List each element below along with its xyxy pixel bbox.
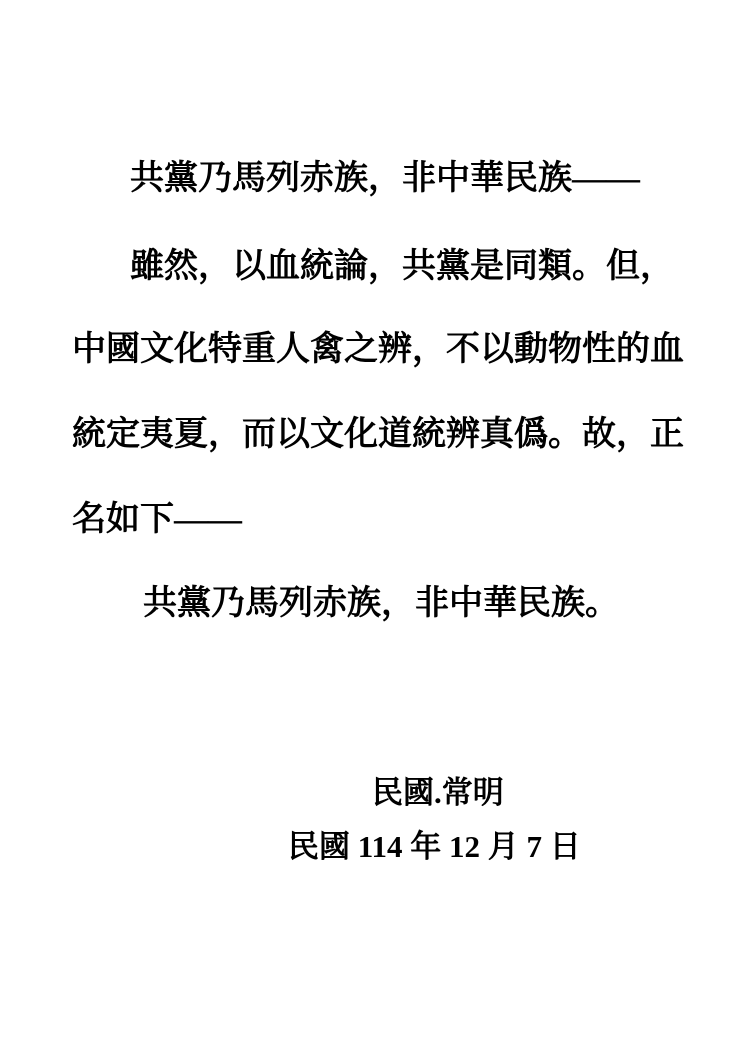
body-line-1: 共黨乃馬列赤族，非中華民族—— <box>130 162 640 196</box>
document-page: 共黨乃馬列赤族，非中華民族—— 雖然，以血統論，共黨是同類。但， 中國文化特重人… <box>0 0 740 1047</box>
body-line-4: 統定夷夏，而以文化道統辨真僞。故，正 <box>72 418 684 452</box>
body-line-2: 雖然，以血統論，共黨是同類。但， <box>130 250 674 284</box>
body-line-3: 中國文化特重人禽之辨，不以動物性的血 <box>72 333 684 367</box>
body-line-5: 名如下—— <box>72 503 242 537</box>
signature-line: 民國.常明 <box>372 777 504 808</box>
date-line: 民國 114 年 12 月 7 日 <box>288 831 581 862</box>
body-line-6: 共黨乃馬列赤族，非中華民族。 <box>143 587 619 621</box>
